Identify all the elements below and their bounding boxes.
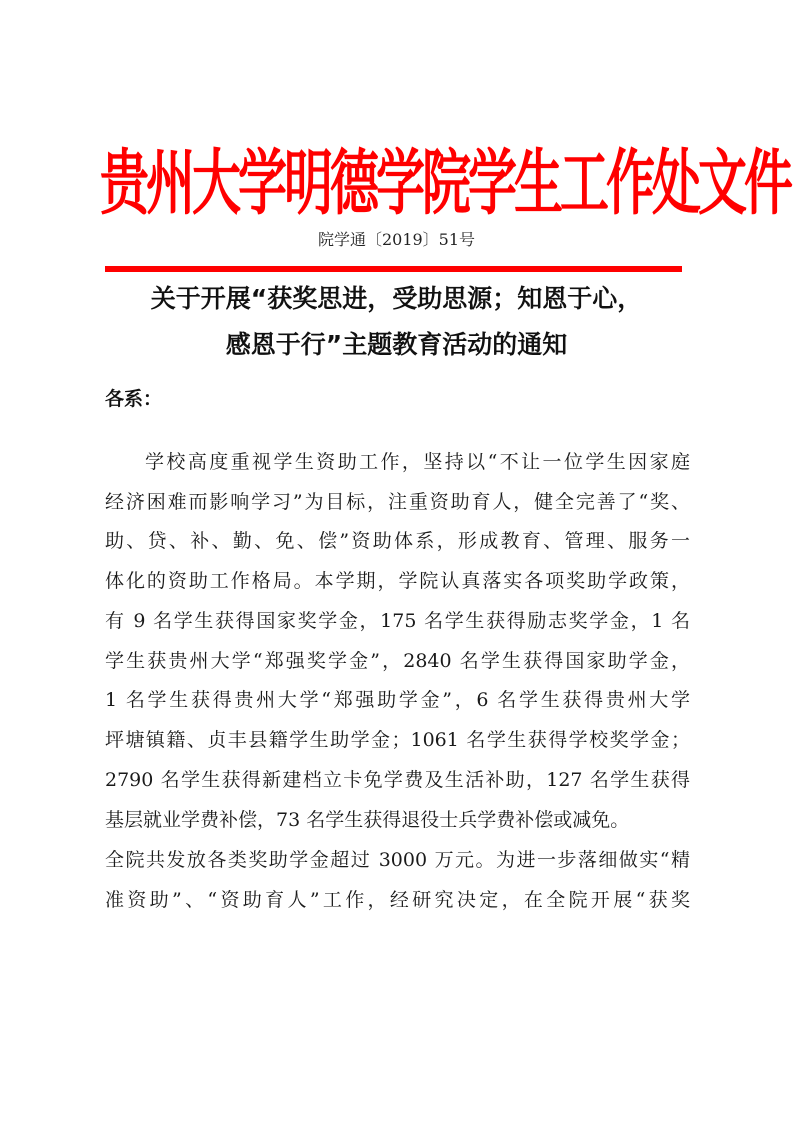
body-line: 全院共发放各类奖助学金超过 3000 万元。为进一步落细做实“精 [105, 840, 690, 880]
document-page: 贵州大学明德学院学生工作处文件 院学通〔2019〕51号 关于开展“获奖思进，受… [0, 0, 793, 1122]
body-line: 助、贷、补、勤、免、偿”资助体系，形成教育、管理、服务一 [105, 521, 690, 561]
salutation: 各系： [105, 384, 162, 414]
body-line: 2790 名学生获得新建档立卡免学费及生活补助，127 名学生获得 [105, 760, 690, 800]
notice-title-line-2: 感恩于行”主题教育活动的通知 [0, 325, 793, 365]
notice-title-line-1: 关于开展“获奖思进，受助思源；知恩于心， [0, 279, 793, 319]
issuing-office-header: 贵州大学明德学院学生工作处文件 [100, 125, 692, 241]
body-line: 准资助”、“资助育人”工作，经研究决定，在全院开展“获奖 [105, 880, 690, 920]
body-line: 经济困难而影响学习”为目标，注重资助育人，健全完善了“奖、 [105, 482, 690, 522]
body-line: 1 名学生获得贵州大学“郑强助学金”，6 名学生获得贵州大学 [105, 680, 690, 720]
red-divider-rule [105, 266, 682, 272]
body-line: 坪塘镇籍、贞丰县籍学生助学金；1061 名学生获得学校奖学金； [105, 720, 690, 760]
document-number: 院学通〔2019〕51号 [0, 228, 793, 252]
body-line: 有 9 名学生获得国家奖学金，175 名学生获得励志奖学金，1 名 [105, 601, 690, 641]
body-line: 基层就业学费补偿，73 名学生获得退役士兵学费补偿或减免。 [105, 800, 690, 840]
body-line: 体化的资助工作格局。本学期，学院认真落实各项奖助学政策， [105, 561, 690, 601]
body-line: 学校高度重视学生资助工作，坚持以“不让一位学生因家庭 [145, 442, 690, 482]
body-line: 学生获贵州大学“郑强奖学金”，2840 名学生获得国家助学金， [105, 641, 690, 681]
